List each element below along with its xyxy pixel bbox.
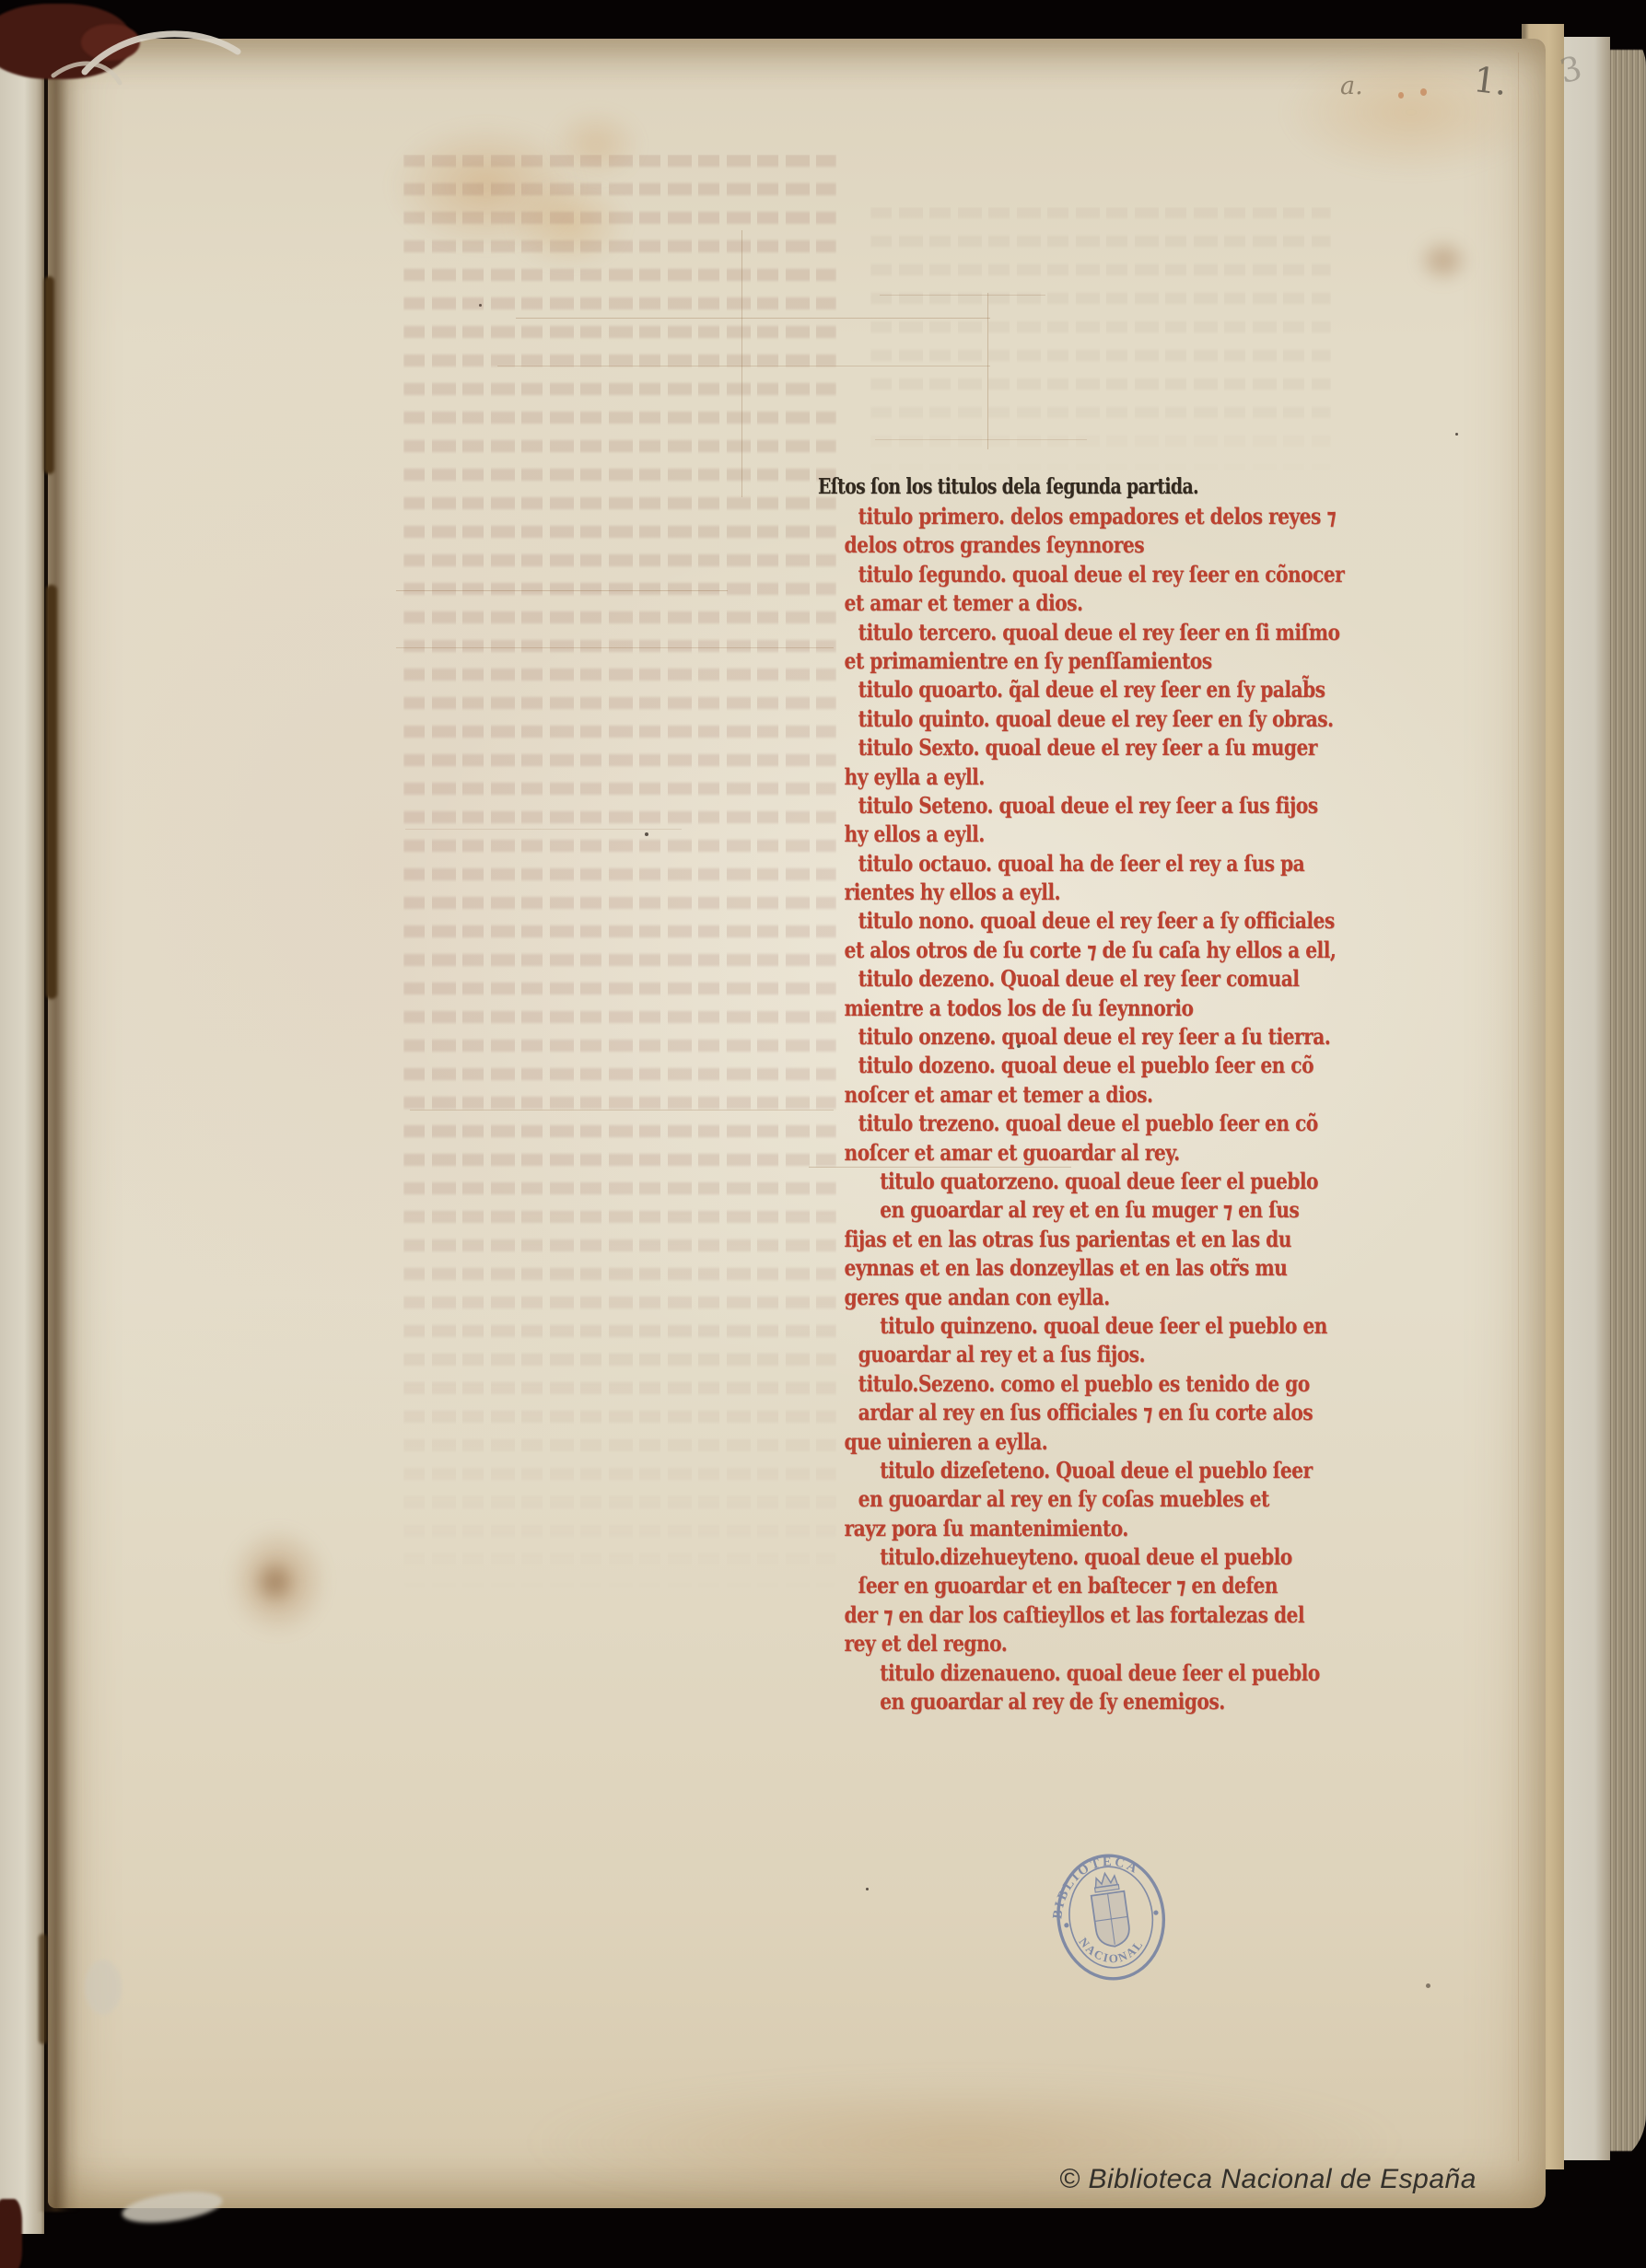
title-line: fijas et en las otras ſus parientas et e…	[818, 1225, 1313, 1253]
title-line: titulo quinzeno. quoal deue ſeer el pueb…	[818, 1311, 1313, 1340]
ruling-line	[1518, 52, 1519, 2161]
folio-number: 1.	[1471, 59, 1509, 103]
heading-line: Eſtos ſon los titulos dela ſegunda parti…	[818, 471, 1302, 502]
ruling-line	[875, 439, 1087, 440]
title-line: guoardar al rey et a ſus fijos.	[818, 1340, 1313, 1368]
title-line: en guoardar al rey de ſy enemigos.	[818, 1687, 1313, 1716]
title-line: noſcer et amar et temer a dios.	[818, 1080, 1313, 1109]
red-dot-mark	[1420, 88, 1427, 96]
red-dot-mark	[1398, 92, 1404, 99]
parchment-fray	[85, 1960, 122, 2015]
verso-bleedthrough-left	[403, 155, 836, 1591]
title-line: titulo onzeno. quoal deue el rey ſeer a …	[818, 1022, 1313, 1051]
title-line: titulo tercero. quoal deue el rey ſeer e…	[818, 618, 1313, 646]
title-line: titulo octauo. quoal ha de ſeer el rey a…	[818, 849, 1313, 878]
stamp-ornament	[1064, 1923, 1069, 1928]
title-line: rey et del regno.	[818, 1629, 1313, 1657]
sewing-thread	[0, 0, 295, 110]
ruling-line	[987, 293, 988, 449]
ink-speck	[866, 1888, 869, 1890]
letter-mark: a.	[1340, 72, 1363, 100]
ruling-line	[396, 647, 834, 648]
title-line: titulo.Sezeno. como el pueblo es tenido …	[818, 1369, 1313, 1398]
title-line: mientre a todos los de ſu ſeynnorio	[818, 994, 1313, 1022]
stain	[1416, 237, 1471, 285]
stamp-ornament	[1153, 1910, 1159, 1915]
title-line: geres que andan con eylla.	[818, 1283, 1313, 1311]
title-line: der ⁊ en dar los caſtieyllos et las fort…	[818, 1600, 1313, 1629]
title-line: titulo dizeſeteno. Quoal deue el pueblo …	[818, 1456, 1313, 1484]
title-line: titulo Seteno. quoal deue el rey ſeer a …	[818, 791, 1313, 820]
title-line: titulo quinto. quoal deue el rey ſeer en…	[818, 704, 1313, 733]
ink-speck	[1455, 433, 1458, 436]
table-of-titles: Eſtos ſon los titulos dela ſegunda parti…	[818, 471, 1407, 1716]
title-line: titulo dozeno. quoal deue el pueblo ſeer…	[818, 1051, 1313, 1079]
title-line: titulo nono. quoal deue el rey ſeer a ſy…	[818, 906, 1313, 935]
title-line: titulo ſegundo. quoal deue el rey ſeer e…	[818, 560, 1313, 588]
title-line: rientes hy ellos a eyll.	[818, 878, 1313, 906]
title-line: ſeer en guoardar et en baſtecer ⁊ en def…	[818, 1571, 1313, 1599]
title-line: rayz pora ſu mantenimiento.	[818, 1514, 1313, 1542]
verso-bleedthrough-right	[870, 207, 1331, 474]
stamp-shield-icon	[1091, 1891, 1132, 1948]
title-line: titulo quoarto. q̃al deue el rey ſeer en…	[818, 675, 1313, 704]
next-page-edge	[1558, 37, 1610, 2160]
ruling-line	[741, 230, 742, 497]
title-line: eynnas et en las donzeyllas et en las ot…	[818, 1253, 1313, 1282]
titles-list: titulo primero. delos empadores et delos…	[818, 502, 1407, 1716]
binding-slit	[46, 585, 57, 999]
stamp-crown-icon	[1093, 1872, 1119, 1892]
leather-cover-corner	[0, 2199, 22, 2268]
title-line: titulo primero. delos empadores et delos…	[818, 502, 1313, 530]
ruling-line	[516, 318, 990, 319]
manuscript-page: Eſtos ſon los titulos dela ſegunda parti…	[48, 39, 1546, 2208]
title-line: et alos otros de ſu corte ⁊ de ſu caſa h…	[818, 936, 1313, 964]
title-line: titulo dezeno. Quoal deue el rey ſeer co…	[818, 964, 1313, 993]
title-line: en guoardar al rey et en ſu muger ⁊ en ſ…	[818, 1195, 1313, 1224]
ink-speck	[1426, 1983, 1430, 1988]
ruling-line	[410, 1110, 834, 1111]
title-line: titulo dizenaueno. quoal deue ſeer el pu…	[818, 1658, 1313, 1687]
ruling-line	[396, 590, 728, 591]
title-line: que uinieren a eylla.	[818, 1427, 1313, 1456]
manuscript-photo-scene: 3	[0, 0, 1646, 2268]
gutter-crease	[37, 39, 79, 2212]
binding-slit	[44, 276, 54, 474]
title-line: titulo trezeno. quoal deue el pueblo ſee…	[818, 1109, 1313, 1137]
title-line: noſcer et amar et guoardar al rey.	[818, 1138, 1313, 1167]
title-line: titulo Sexto. quoal deue el rey ſeer a ſ…	[818, 733, 1313, 762]
title-line: et amar et temer a dios.	[818, 588, 1313, 617]
ruling-line	[405, 829, 682, 830]
title-line: en guoardar al rey en ſy coſas muebles e…	[818, 1484, 1313, 1513]
library-stamp: BIBLIOTECA NACIONAL	[1031, 1832, 1190, 2000]
copyright-watermark: © Biblioteca Nacional de España	[1059, 2164, 1477, 2195]
stain	[252, 1558, 297, 1606]
title-line: et primamientre en ſy penſſamientos	[818, 646, 1313, 675]
title-line: ardar al rey en ſus officiales ⁊ en ſu c…	[818, 1398, 1313, 1426]
ruling-line	[880, 295, 1045, 296]
binding-slit	[39, 1934, 47, 2044]
title-line: hy ellos a eyll.	[818, 820, 1313, 848]
title-line: delos otros grandes ſeynnores	[818, 530, 1313, 559]
title-line: hy eylla a eyll.	[818, 762, 1313, 791]
title-line: titulo quatorzeno. quoal deue ſeer el pu…	[818, 1167, 1313, 1195]
ruling-line	[497, 366, 990, 366]
title-line: titulo.dizehueyteno. quoal deue el puebl…	[818, 1542, 1313, 1571]
